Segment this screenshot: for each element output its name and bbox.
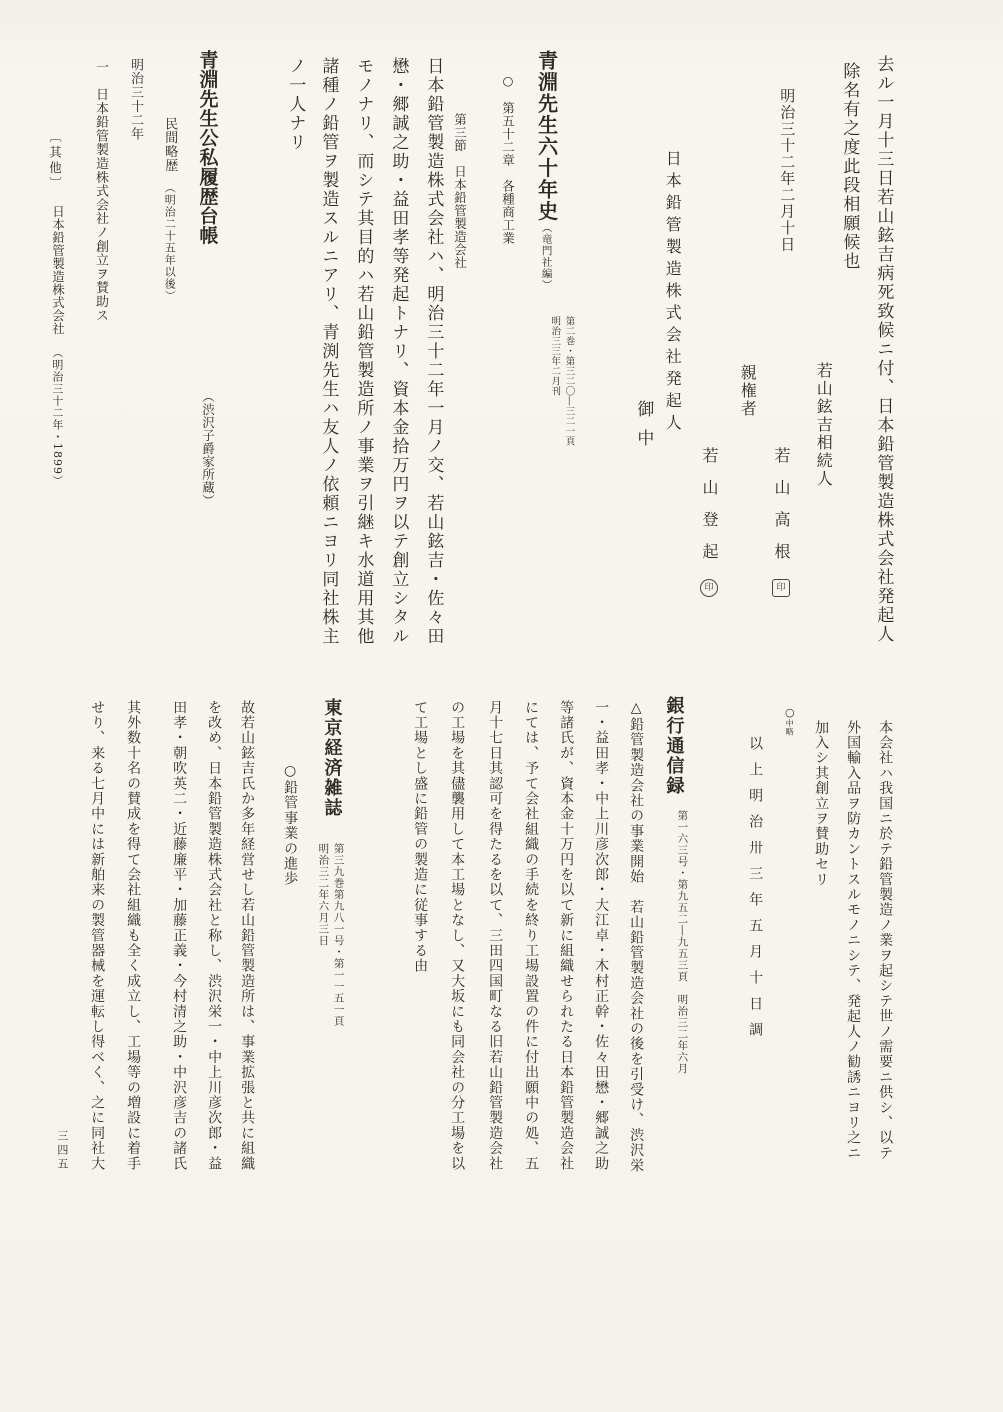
bulletin-body-line: 等諸氏が、資本金十万円を以て新に組織せられたる日本鉛管製造会社 <box>558 700 573 1171</box>
letter-body-line-1: 去ル一月十三日若山鉉吉病死致候ニ付、日本鉛管製造株式会社発起人 <box>874 55 892 644</box>
other-label: 〔其他〕 <box>48 130 62 192</box>
book-title-column: 青淵先生六十年史（竜門社編） <box>535 50 557 291</box>
letter-body-line-2: 除名有之度此段相願候也 <box>840 62 858 271</box>
history-body-line: ノ一人ナリ <box>286 57 304 152</box>
prospectus-line: 外国輸入品ヲ防カントスルモノニシテ、発起人ノ勧誘ニヨリ之ニ <box>845 720 860 1161</box>
guardian-name: 若山登起印 <box>700 447 718 597</box>
magazine-citation-date: 明治三二年六月三日 <box>317 843 328 1027</box>
prospectus-line: 本会社ハ我国ニ於テ鉛管製造ノ業ヲ起シテ世ノ需要ニ供シ、以テ <box>877 720 892 1161</box>
heir-name-text: 若山高根 <box>772 447 791 575</box>
register-entry: 一 日本鉛管製造株式会社ノ創立ヲ賛助ス <box>93 60 107 322</box>
other-note: （明治三十二年・1899） <box>51 347 63 487</box>
bulletin-body-line: にては、予て会社組織の手続を終り工場設置の件に付出願中の処、五 <box>523 700 538 1171</box>
register-subtitle-column: 民間略歴（明治二十五年以後） <box>161 117 178 302</box>
honorific: 御中 <box>634 400 652 458</box>
citation-date: 明治三三年二月刊 <box>549 316 559 446</box>
bulletin-body-line: 一・益田孝・中上川彦次郎・大江卓・木村正幹・佐々田懋・郷誠之助 <box>593 700 608 1171</box>
letter-date: 明治三十二年二月十日 <box>779 88 795 253</box>
ellipsis-marker: ○中略 <box>781 706 798 736</box>
bulletin-body-line: △鉛管製造会社の事業開始 若山鉛管製造会社の後を引受け、渋沢栄 <box>628 700 643 1173</box>
register-title-column: 青淵先生公私履歴台帳（渋沢子爵家所蔵） <box>197 50 218 507</box>
heir-name: 若山高根印 <box>772 447 790 597</box>
ellipsis-label: 中略 <box>785 719 794 736</box>
seal-stamp: 印 <box>772 579 790 597</box>
guardian-name-text: 若山登起 <box>700 447 719 575</box>
history-body-line: 懋・郷誠之助・益田孝等発起トナリ、資本金拾万円ヲ以テ創立シタル <box>389 57 407 646</box>
bulletin-body-line: て工場とし盛に鉛管の製造に従事する由 <box>412 700 427 974</box>
book-edition-note: （竜門社編） <box>541 222 553 291</box>
section-heading: 第三節 日本鉛管製造会社 <box>453 113 467 269</box>
magazine-body-line: 其外数十名の賛成を得て会社組織も全く成立し、工場等の増設に着手 <box>125 700 140 1171</box>
chapter-heading: ○ 第五十二章 各種商工業 <box>501 73 515 245</box>
history-body-line: 日本鉛管製造株式会社ハ、明治三十二年一月ノ交、若山鉉吉・佐々田 <box>424 57 442 646</box>
journal-citation: 第一六三号・第九五二―九五三頁 明治三二年六月 <box>676 810 687 1075</box>
guardian-label: 親権者 <box>739 364 756 418</box>
other-company: 日本鉛管製造株式会社 <box>51 205 65 335</box>
magazine-citation-pages: 第三九巻第九八一号・第一一五一頁 <box>332 843 343 1027</box>
bulletin-body-line: の工場を其儘襲用して本工場となし、又大坂にも同会社の分工場を以 <box>449 700 464 1171</box>
magazine-headline: ○鉛管事業の進歩 <box>282 763 297 887</box>
magazine-citation: 第三九巻第九八一号・第一一五一頁 明治三二年六月三日 <box>317 843 344 1027</box>
register-owner-note: （渋沢子爵家所蔵） <box>201 390 216 507</box>
ellipsis-mark: ○ <box>783 706 796 719</box>
magazine-body-line: を改め、日本鉛管製造株式会社と称し、渋沢栄一・中上川彦次郎・益 <box>206 700 221 1171</box>
history-body-line: 諸種ノ鉛管ヲ製造スルニアリ、青渕先生ハ友人ノ依頼ニヨリ同社株主 <box>319 57 337 646</box>
scanned-page: 去ル一月十三日若山鉉吉病死致候ニ付、日本鉛管製造株式会社発起人 除名有之度此段相… <box>0 0 1003 1412</box>
page-number: 三四五 <box>56 1130 68 1172</box>
citation-pages: 第二巻・第三二〇―三二一頁 <box>563 316 573 446</box>
magazine-title: 東京経済雑誌 <box>322 698 341 818</box>
book-title: 青淵先生六十年史 <box>535 50 559 222</box>
prospectus-line: 加入シ其創立ヲ賛助セリ <box>813 720 828 887</box>
magazine-body-line: せり、来る七月中には新舶来の製管器械を運転し得べく、之に同社大 <box>89 700 104 1171</box>
history-body-line: モノナリ、而シテ其目的ハ若山鉛管製造所ノ事業ヲ引継キ水道用其他 <box>354 57 372 646</box>
magazine-body-line: 田孝・朝吹英二・近藤廉平・加藤正義・今村清之助・中沢彦吉の諸氏 <box>171 700 186 1171</box>
seal-stamp: 印 <box>700 579 718 597</box>
magazine-body-line: 故若山鉉吉氏か多年経営せし若山鉛管製造所は、事業拡張と共に組織 <box>239 700 254 1171</box>
register-title: 青淵先生公私履歴台帳 <box>197 50 219 245</box>
closing-line: 以上明治卅三年五月十日調 <box>747 736 762 1048</box>
heir-label: 若山鉉吉相続人 <box>815 362 832 488</box>
journal-title: 銀行通信録 <box>664 696 683 796</box>
addressee: 日本鉛管製造株式会社発起人 <box>664 150 681 436</box>
book-citation: 第二巻・第三二〇―三二一頁 明治三三年二月刊 <box>549 316 574 446</box>
register-subtitle: 民間略歴 <box>162 117 177 172</box>
register-year: 明治三十二年 <box>128 58 142 141</box>
bulletin-body-line: 月十七日其認可を得たるを以て、三田四国町なる旧若山鉛管製造会社 <box>487 700 502 1171</box>
register-subtitle-note: （明治二十五年以後） <box>163 182 176 302</box>
